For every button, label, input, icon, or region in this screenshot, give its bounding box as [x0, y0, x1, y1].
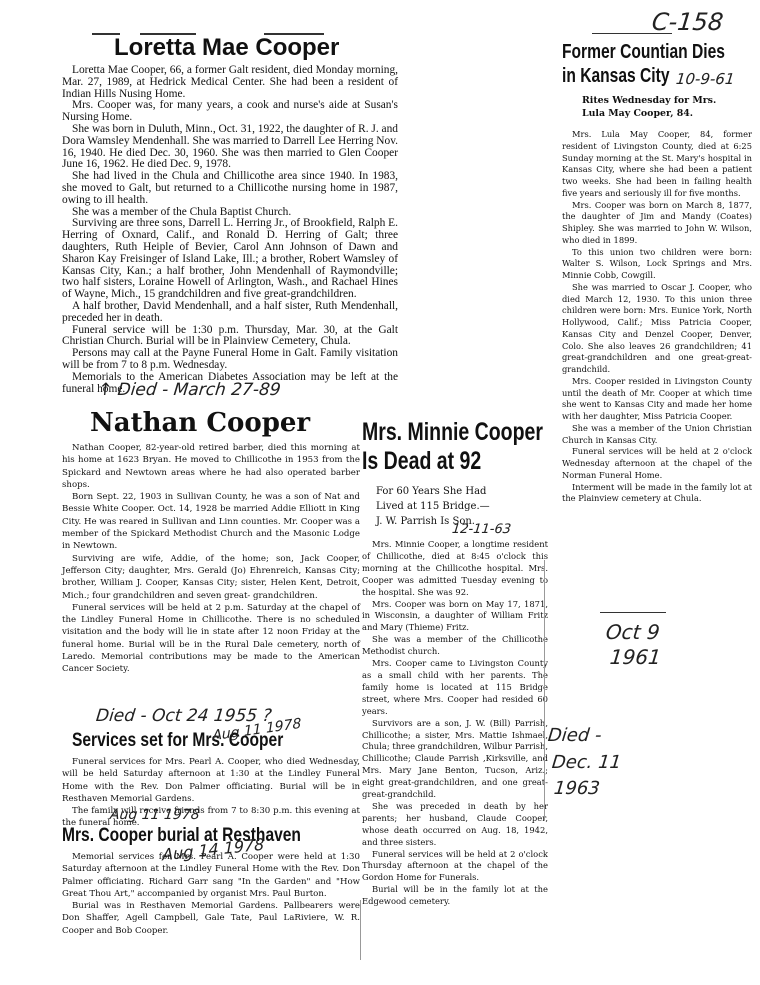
- paragraph: Interment will be made in the family lot…: [562, 482, 752, 506]
- paragraph: Mrs. Cooper was, for many years, a cook …: [62, 100, 398, 124]
- paragraph: She was married to Oscar J. Cooper, who …: [562, 282, 752, 376]
- catalog-number-note: C-158: [651, 8, 725, 36]
- obituary-loretta-cooper: Loretta Mae Cooper Loretta Mae Cooper, 6…: [62, 34, 398, 395]
- headline-minnie: Mrs. Minnie Cooper Is Dead at 92: [362, 418, 507, 476]
- paragraph: Surviving are three sons, Darrell L. Her…: [62, 218, 398, 301]
- handwritten-date-lula-footer-2: 1961: [609, 645, 662, 669]
- deck-line: Lived at 115 Bridge.—: [376, 499, 548, 514]
- paragraph: Burial will be in the family lot at the …: [362, 884, 548, 908]
- deck-line: Lula May Cooper, 84.: [582, 107, 752, 120]
- paragraph: Mrs. Lula May Cooper, 84, former residen…: [562, 129, 752, 200]
- handwritten-death-minnie-1: Died -: [547, 725, 603, 746]
- paragraph: Surviving are wife, Addie, of the home; …: [62, 553, 360, 602]
- headline-nathan: Nathan Cooper: [90, 408, 360, 438]
- deck-lula: Rites Wednesday for Mrs. Lula May Cooper…: [582, 94, 752, 120]
- handwritten-death-date-loretta: ↑ Died - March 27-89: [97, 380, 282, 400]
- deck-line: For 60 Years She Had: [376, 484, 548, 499]
- paragraph: Funeral service will be 1:30 p.m. Thursd…: [62, 325, 398, 349]
- paragraph: She was preceded in death by her parents…: [362, 801, 548, 849]
- obituary-nathan-cooper: Nathan Cooper Nathan Cooper, 82-year-old…: [62, 408, 360, 676]
- paragraph: Mrs. Minnie Cooper, a longtime resident …: [362, 539, 548, 599]
- paragraph: She was a member of the Chillicothe Meth…: [362, 634, 548, 658]
- headline-lula-line-1: Former Countian Dies: [562, 41, 725, 63]
- headline-minnie-line-1: Mrs. Minnie Cooper: [362, 418, 543, 446]
- divider: [592, 33, 672, 34]
- headline-loretta: Loretta Mae Cooper: [114, 34, 398, 62]
- paragraph: Born Sept. 22, 1903 in Sullivan County, …: [62, 491, 360, 552]
- handwritten-death-minnie-3: 1963: [553, 778, 601, 799]
- paragraph: To this union two children were born: Wa…: [562, 247, 752, 282]
- article-services-mrs-cooper: Services set for Mrs. Cooper Funeral ser…: [62, 730, 360, 830]
- paragraph: Funeral services will be held at 2 p.m. …: [62, 602, 360, 676]
- paragraph: Funeral services will be held at 2 o'clo…: [562, 446, 752, 481]
- paragraph: Mrs. Cooper came to Livingston County as…: [362, 658, 548, 718]
- handwritten-date-services-2: Aug 11 1978: [109, 807, 200, 823]
- handwritten-date-minnie: 12-11-63: [451, 522, 512, 537]
- handwritten-date-lula-footer-1: Oct 9: [605, 620, 661, 644]
- paragraph: Mrs. Cooper was born on March 8, 1877, t…: [562, 200, 752, 247]
- paragraph: Loretta Mae Cooper, 66, a former Galt re…: [62, 65, 398, 100]
- divider: [600, 612, 666, 613]
- obituary-minnie-cooper: Mrs. Minnie Cooper Is Dead at 92 For 60 …: [362, 418, 548, 908]
- paragraph: Survivors are a son, J. W. (Bill) Parris…: [362, 718, 548, 801]
- column-rule: [360, 900, 361, 960]
- paragraph: She was a member of the Union Christian …: [562, 423, 752, 447]
- paragraph: She had lived in the Chula and Chillicot…: [62, 171, 398, 206]
- paragraph: Mrs. Cooper was born on May 17, 1871, in…: [362, 599, 548, 635]
- deck-line: Rites Wednesday for Mrs.: [582, 94, 752, 107]
- paragraph: She was born in Duluth, Minn., Oct. 31, …: [62, 124, 398, 171]
- obituary-lula-cooper: Former Countian Dies in Kansas City Rite…: [562, 40, 752, 505]
- paragraph: Mrs. Cooper resided in Livingston County…: [562, 376, 752, 423]
- paragraph: Funeral services will be held at 2 o'clo…: [362, 849, 548, 885]
- handwritten-death-minnie-2: Dec. 11: [551, 752, 622, 773]
- paragraph: Funeral services for Mrs. Pearl A. Coope…: [62, 756, 360, 805]
- paragraph: Burial was in Resthaven Memorial Gardens…: [62, 900, 360, 937]
- paragraph: Persons may call at the Payne Funeral Ho…: [62, 348, 398, 372]
- headline-minnie-line-2: Is Dead at 92: [362, 447, 481, 475]
- headline-lula-line-2: in Kansas City: [562, 65, 670, 87]
- handwritten-date-lula: 10-9-61: [675, 70, 735, 88]
- paragraph: Nathan Cooper, 82-year-old retired barbe…: [62, 442, 360, 491]
- paragraph: A half brother, David Mendenhall, and a …: [62, 301, 398, 325]
- column-rule: [544, 560, 545, 820]
